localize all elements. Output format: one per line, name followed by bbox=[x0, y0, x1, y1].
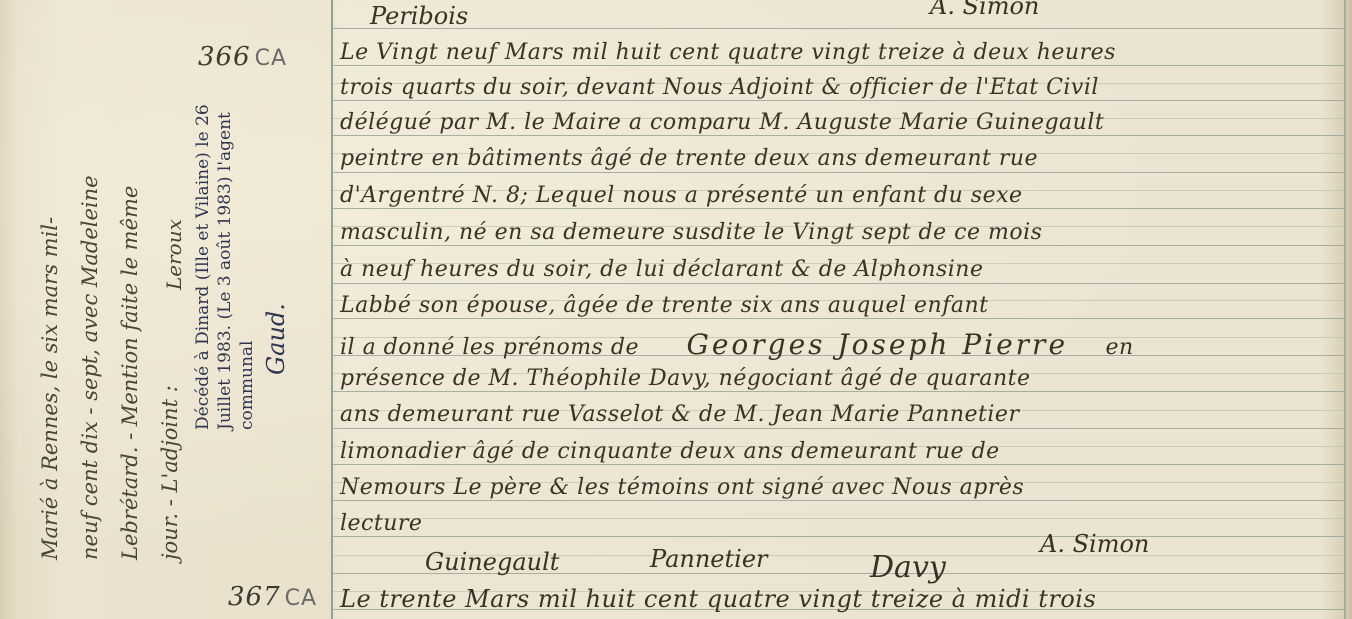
officer-signature: A. Simon bbox=[1040, 530, 1149, 558]
death-note-line: Décédé à Dinard (Ille et Vilaine) le 26 bbox=[192, 104, 214, 430]
entry-line: présence de M. Théophile Davy, négociant… bbox=[340, 366, 1031, 391]
entry-number-suffix: CA bbox=[285, 586, 317, 611]
death-note-line: communal bbox=[236, 104, 258, 430]
registry-page: Marié à Rennes, le six mars mil- neuf ce… bbox=[0, 0, 1352, 619]
marriage-note-line: Lebrétard. - Mention faite le même bbox=[110, 175, 150, 560]
page-edge bbox=[1344, 0, 1346, 619]
death-note: Décédé à Dinard (Ille et Vilaine) le 26 … bbox=[192, 104, 258, 430]
entry-line: trois quarts du soir, devant Nous Adjoin… bbox=[340, 75, 1099, 100]
entry-line: Labbé son épouse, âgée de trente six ans… bbox=[340, 293, 988, 318]
witness-signature-davy: Davy bbox=[870, 550, 946, 585]
entry-line-text: en bbox=[1106, 335, 1134, 360]
entry-line: peintre en bâtiments âgé de trente deux … bbox=[340, 146, 1038, 171]
entry-line-text: il a donné les prénoms de bbox=[340, 335, 639, 360]
entry-line: il a donné les prénoms de Georges Joseph… bbox=[340, 328, 1134, 361]
entry-line: ans demeurant rue Vasselot & de M. Jean … bbox=[340, 402, 1019, 427]
entry-number-366: 366CA bbox=[198, 42, 287, 72]
child-given-names: Georges Joseph Pierre bbox=[686, 328, 1068, 361]
entry-line: à neuf heures du soir, de lui déclarant … bbox=[340, 257, 984, 282]
marriage-note-line: neuf cent dix - sept, avec Madeleine bbox=[70, 175, 110, 560]
entry-line: délégué par M. le Maire a comparu M. Aug… bbox=[340, 110, 1104, 135]
witness-signature-pannetier: Pannetier bbox=[650, 545, 768, 573]
death-note-signature: Gaud. bbox=[262, 303, 290, 375]
entry-366-text: Le Vingt neuf Mars mil huit cent quatre … bbox=[340, 0, 1340, 619]
marriage-note-signature: Leroux bbox=[162, 219, 186, 290]
death-note-line: Juillet 1983. (Le 3 août 1983) l'agent bbox=[214, 104, 236, 430]
father-signature: Guinegault bbox=[425, 548, 559, 576]
entry-line: limonadier âgé de cinquante deux ans dem… bbox=[340, 439, 1000, 464]
entry-line: Le Vingt neuf Mars mil huit cent quatre … bbox=[340, 40, 1116, 65]
entry-number-value: 366 bbox=[198, 42, 251, 72]
entry-line: masculin, né en sa demeure susdite le Vi… bbox=[340, 220, 1042, 245]
entry-number-value: 367 bbox=[228, 582, 281, 612]
entry-line: Nemours Le père & les témoins ont signé … bbox=[340, 475, 1024, 500]
entry-367-first-line: Le trente Mars mil huit cent quatre ving… bbox=[340, 585, 1096, 613]
entry-line: d'Argentré N. 8; Lequel nous a présenté … bbox=[340, 183, 1023, 208]
marriage-note-line: Marié à Rennes, le six mars mil- bbox=[30, 175, 70, 560]
entry-number-suffix: CA bbox=[255, 46, 287, 71]
margin-column: Marié à Rennes, le six mars mil- neuf ce… bbox=[0, 0, 332, 619]
entry-number-367: 367CA bbox=[228, 582, 317, 612]
entry-line: lecture bbox=[340, 511, 422, 536]
